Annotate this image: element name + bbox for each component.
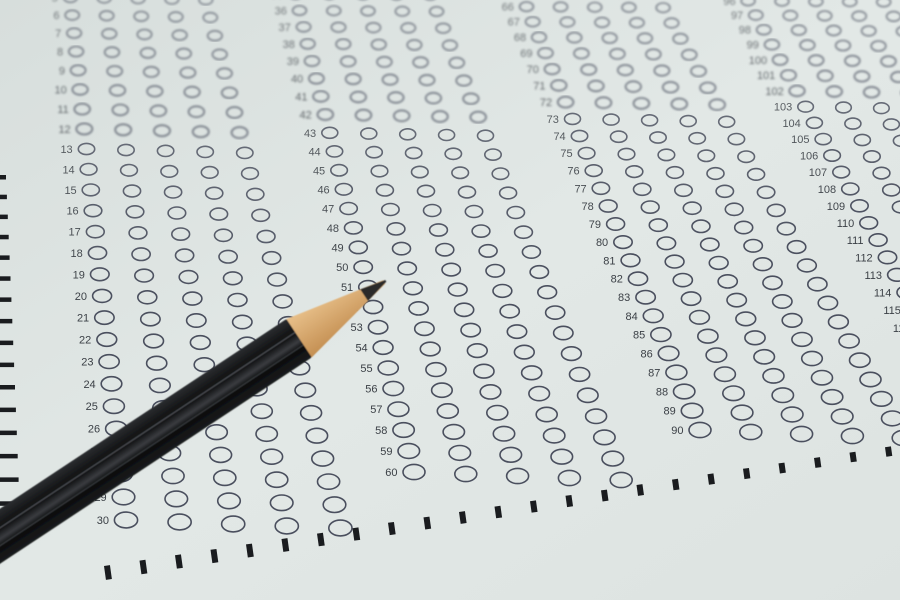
timing-mark (0, 319, 12, 324)
question-number: 71 (533, 80, 545, 92)
question-number: 77 (574, 183, 586, 195)
question-number: 12 (58, 124, 70, 136)
question-number: 37 (279, 22, 291, 34)
answer-sheet: 5678910111213141516171819202122232425262… (0, 0, 900, 600)
question-number: 35 (271, 0, 283, 2)
question-number: 99 (747, 40, 759, 52)
question-number: 23 (81, 357, 93, 369)
timing-mark (0, 215, 8, 220)
question-number: 46 (317, 184, 329, 196)
question-number: 5 (52, 0, 58, 5)
question-number: 8 (57, 47, 63, 59)
timing-mark (0, 408, 16, 413)
question-number: 53 (351, 322, 363, 334)
question-number: 20 (75, 291, 87, 303)
question-number: 40 (291, 74, 303, 86)
question-number: 10 (55, 85, 67, 97)
question-number: 67 (508, 17, 520, 29)
question-number: 17 (69, 227, 81, 239)
question-number: 44 (308, 146, 320, 158)
question-number: 18 (71, 248, 83, 260)
timing-mark (0, 235, 9, 240)
timing-mark (0, 276, 11, 281)
question-number: 103 (774, 102, 792, 114)
question-number: 60 (385, 467, 397, 479)
question-number: 97 (731, 10, 743, 22)
question-number: 78 (582, 201, 594, 213)
question-number: 81 (603, 255, 615, 267)
question-number: 79 (589, 219, 601, 231)
question-number: 89 (664, 406, 676, 418)
question-number: 9 (59, 65, 65, 77)
question-number: 13 (60, 144, 72, 156)
question-number: 96 (723, 0, 735, 8)
question-number: 55 (360, 363, 372, 375)
question-number: 102 (765, 86, 783, 98)
question-number: 42 (300, 110, 312, 122)
timing-mark (0, 341, 13, 346)
question-number: 76 (567, 166, 579, 178)
question-number: 86 (641, 348, 653, 360)
timing-mark (0, 477, 19, 482)
question-number: 66 (502, 2, 514, 14)
question-number: 70 (527, 64, 539, 76)
question-number: 116 (893, 323, 900, 335)
question-number: 111 (847, 235, 864, 247)
question-number: 87 (648, 367, 660, 379)
timing-mark (0, 363, 14, 368)
question-number: 107 (809, 167, 827, 179)
question-number: 43 (304, 128, 316, 140)
question-number: 110 (837, 218, 855, 230)
question-number: 51 (341, 282, 353, 294)
question-number: 11 (57, 104, 68, 116)
question-number: 69 (520, 48, 532, 60)
question-number: 113 (864, 270, 882, 282)
question-number: 74 (553, 131, 565, 143)
question-number: 75 (560, 148, 572, 160)
question-number: 109 (827, 201, 845, 213)
question-number: 90 (671, 425, 683, 437)
question-number: 106 (800, 151, 818, 163)
question-number: 58 (375, 425, 387, 437)
question-number: 22 (79, 335, 91, 347)
question-number: 7 (55, 28, 61, 40)
question-number: 16 (66, 206, 78, 218)
question-number: 101 (757, 70, 775, 82)
question-number: 45 (313, 165, 325, 177)
question-number: 80 (596, 237, 608, 249)
question-number: 15 (64, 185, 76, 197)
question-number: 36 (275, 6, 287, 18)
question-number: 56 (365, 384, 377, 396)
question-number: 83 (618, 292, 630, 304)
question-number: 19 (73, 269, 85, 281)
question-number: 47 (322, 204, 334, 216)
question-number: 68 (514, 32, 526, 44)
question-number: 88 (656, 387, 668, 399)
question-number: 39 (287, 56, 299, 68)
question-number: 115 (883, 305, 900, 317)
question-number: 108 (818, 184, 836, 196)
answer-sheet-photo: 5678910111213141516171819202122232425262… (0, 0, 900, 600)
question-number: 26 (88, 424, 100, 436)
question-number: 84 (626, 311, 638, 323)
question-number: 54 (355, 343, 367, 355)
question-number: 49 (331, 242, 343, 254)
timing-mark (0, 431, 17, 436)
question-number: 30 (97, 515, 109, 527)
timing-mark (0, 454, 18, 459)
question-number: 14 (62, 164, 74, 176)
question-number: 24 (83, 379, 95, 391)
timing-mark (0, 385, 15, 390)
question-number: 72 (540, 97, 552, 109)
question-number: 114 (874, 287, 892, 299)
question-number: 85 (633, 330, 645, 342)
question-number: 6 (53, 10, 59, 22)
timing-mark (0, 255, 10, 260)
timing-mark (0, 195, 7, 200)
question-number: 48 (327, 223, 339, 235)
question-number: 59 (380, 446, 392, 458)
question-number: 98 (739, 25, 751, 37)
question-number: 57 (370, 404, 382, 416)
question-number: 50 (336, 262, 348, 274)
question-number: 38 (283, 39, 295, 51)
question-number: 104 (782, 118, 800, 130)
question-number: 82 (611, 274, 623, 286)
question-number: 41 (295, 91, 307, 103)
question-number: 25 (86, 401, 98, 413)
question-number: 112 (855, 252, 873, 264)
question-number: 105 (791, 134, 809, 146)
timing-mark (0, 175, 6, 180)
question-number: 73 (547, 114, 559, 126)
question-number: 100 (749, 55, 767, 67)
question-number: 21 (77, 313, 89, 325)
timing-mark (0, 297, 11, 302)
